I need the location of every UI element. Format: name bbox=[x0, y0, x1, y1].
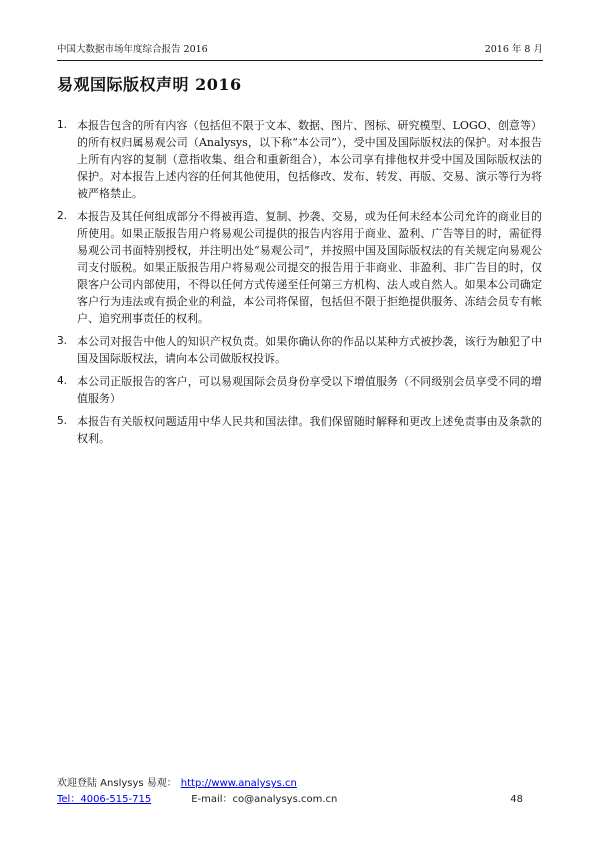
list-item-number: 2. bbox=[57, 208, 77, 327]
list-item-text: 本公司正版报告的客户，可以易观国际会员身份享受以下增值服务（不同级别会员享受不同… bbox=[77, 373, 542, 407]
header-date: 2016 年 8 月 bbox=[485, 44, 543, 56]
page-title: 易观国际版权声明 2016 bbox=[57, 72, 242, 95]
list-item: 2. 本报告及其任何组成部分不得被再造、复制、抄袭、交易，或为任何未经本公司允许… bbox=[57, 208, 542, 327]
footer-welcome-text: 欢迎登陆 Anslysys 易观： bbox=[57, 776, 177, 791]
list-item: 3. 本公司对报告中他人的知识产权负责。如果你确认你的作品以某种方式被抄袭，该行… bbox=[57, 333, 542, 367]
list-item-text: 本报告有关版权问题适用中华人民共和国法律。我们保留随时解释和更改上述免责事由及条… bbox=[77, 413, 542, 447]
list-item: 5. 本报告有关版权问题适用中华人民共和国法律。我们保留随时解释和更改上述免责事… bbox=[57, 413, 542, 447]
list-item-text: 本报告及其任何组成部分不得被再造、复制、抄袭、交易，或为任何未经本公司允许的商业… bbox=[77, 208, 542, 327]
page-header: 中国大数据市场年度综合报告 2016 2016 年 8 月 bbox=[57, 44, 543, 61]
tel-link[interactable]: Tel：4006-515-715 bbox=[57, 792, 151, 807]
footer-contact-line: Tel：4006-515-715 E-mail：co@analysys.com.… bbox=[57, 792, 543, 807]
header-report-title: 中国大数据市场年度综合报告 2016 bbox=[57, 44, 208, 56]
email-text: E-mail：co@analysys.com.cn bbox=[191, 792, 337, 807]
page-footer: 欢迎登陆 Anslysys 易观： http://www.analysys.cn… bbox=[57, 776, 543, 807]
copyright-statement-list: 1. 本报告包含的所有内容（包括但不限于文本、数据、图片、图标、研究模型、LOG… bbox=[57, 117, 542, 453]
list-item-text: 本公司对报告中他人的知识产权负责。如果你确认你的作品以某种方式被抄袭，该行为触犯… bbox=[77, 333, 542, 367]
list-item: 4. 本公司正版报告的客户，可以易观国际会员身份享受以下增值服务（不同级别会员享… bbox=[57, 373, 542, 407]
list-item-number: 3. bbox=[57, 333, 77, 367]
list-item-number: 1. bbox=[57, 117, 77, 202]
list-item: 1. 本报告包含的所有内容（包括但不限于文本、数据、图片、图标、研究模型、LOG… bbox=[57, 117, 542, 202]
website-link[interactable]: http://www.analysys.cn bbox=[181, 776, 297, 791]
page-number: 48 bbox=[510, 792, 523, 807]
list-item-text: 本报告包含的所有内容（包括但不限于文本、数据、图片、图标、研究模型、LOGO、创… bbox=[77, 117, 542, 202]
footer-welcome-line: 欢迎登陆 Anslysys 易观： http://www.analysys.cn bbox=[57, 776, 543, 791]
list-item-number: 5. bbox=[57, 413, 77, 447]
list-item-number: 4. bbox=[57, 373, 77, 407]
